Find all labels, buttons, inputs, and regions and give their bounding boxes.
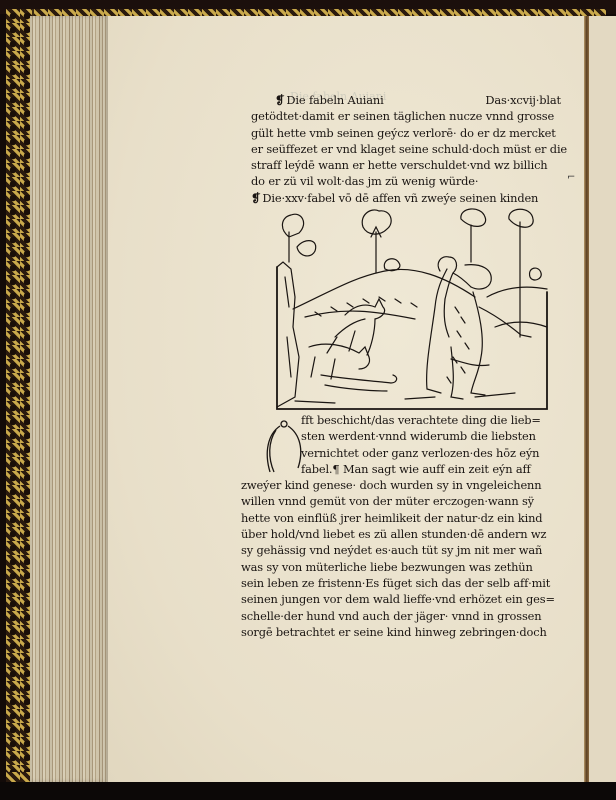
- marginal-mark: ⌐: [567, 172, 575, 183]
- text-line: gült hette vmb seinen geýcz verlorē· do …: [251, 125, 581, 141]
- text-line: straff leýdē wann er hette verschuldet·v…: [251, 157, 581, 173]
- backdrop-bottom: [0, 782, 616, 800]
- text-line: willen vnnd gemüt von der müter erczogen…: [241, 493, 581, 509]
- text-line: seinen jungen vor dem wald lieffe·vnd er…: [241, 591, 581, 607]
- fable-text: fft beschicht/das verachtete ding die li…: [241, 412, 581, 640]
- pilcrow-icon: ❡: [251, 191, 260, 205]
- woodcut-illustration: [275, 207, 549, 412]
- page-fore-edge-stack: [30, 16, 108, 782]
- text-line: do er zü vil wolt·das jm zü wenig würde·: [251, 173, 581, 189]
- text-line: zweýer kind genese· doch wurden sy in vn…: [241, 477, 581, 493]
- facing-page-edge: [589, 16, 616, 782]
- pilcrow-icon: ❡: [275, 93, 284, 107]
- chapter-heading: ❡Die·xxv·fabel vō dē affen vñ zweýe sein…: [251, 190, 581, 206]
- text-line: über hold/vnd liebet es zü allen stunden…: [241, 526, 581, 542]
- text-line: fabel.¶ Man sagt wie auff ein zeit eýn a…: [241, 461, 581, 477]
- woodcut-ape-fable-icon: [275, 207, 549, 412]
- text-line: getödtet·damit er seinen täglichen nucze…: [251, 108, 581, 124]
- text-line: sein leben ze fristenn·Es füget sich das…: [241, 575, 581, 591]
- running-head-left: ❡Die fabeln Auiani: [275, 92, 384, 108]
- text-line: hette von einflüß jrer heimlikeit der na…: [241, 510, 581, 526]
- text-line: was sy von müterliche liebe bezwungen wa…: [241, 559, 581, 575]
- text-line: sorgē betrachtet er seine kind hinweg ze…: [241, 624, 581, 640]
- text-line: sy gehässig vnd neýdet es·auch tüt sy jm…: [241, 542, 581, 558]
- text-line: vernichtet oder ganz verlozen·des hōz eý…: [241, 445, 581, 461]
- running-head: ❡Die fabeln Auiani Das·xcvij·blat: [251, 92, 581, 108]
- text-block-top: ❡Die fabeln Auiani Das·xcvij·blat getödt…: [251, 92, 581, 206]
- book-photo: Die fabeln Auiani ❡Die fabeln Auiani Das…: [0, 0, 616, 800]
- text-line: er seüffezet er vnd klaget seine schuld·…: [251, 141, 581, 157]
- text-line: fft beschicht/das verachtete ding die li…: [241, 412, 581, 428]
- running-head-folio: Das·xcvij·blat: [485, 92, 561, 108]
- text-line: sten werdent·vnnd widerumb die liebsten: [241, 428, 581, 444]
- text-line: schelle·der hund vnd auch der jäger· vnn…: [241, 608, 581, 624]
